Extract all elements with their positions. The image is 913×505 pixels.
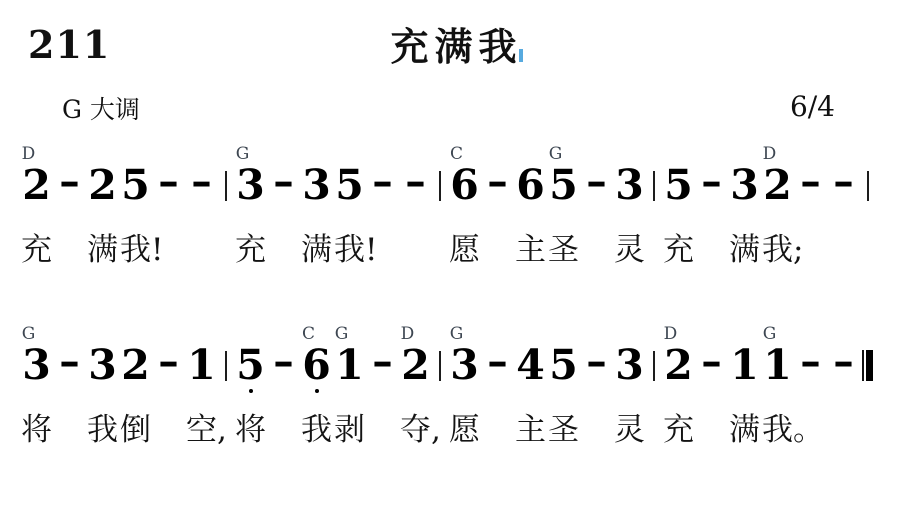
low-octave-dot [249,389,253,393]
dash-glyph: – [372,160,393,202]
lyric-syllable: 我; [762,233,803,267]
note: 6C [300,344,333,386]
duration-dash: – [366,344,399,386]
note: 1G [761,344,794,386]
note: 5 [234,344,267,386]
barline-stroke [439,171,441,201]
note-digit: 5 [236,344,265,386]
lyric-syllable: 我 [301,413,332,447]
duration-dash: – [53,164,86,206]
lyric-syllable: 满 [729,413,760,447]
note-digit: 1 [187,344,216,386]
lyric-row: 将我倒空,将我剥夺,愿主圣灵充满我。 [20,413,900,449]
chord-symbol: G [549,146,563,162]
barline [432,344,448,386]
duration-dash: – [827,164,860,206]
chord-symbol: G [450,326,464,342]
dash-glyph: – [487,340,508,382]
note: 1 [728,344,761,386]
duration-dash: – [794,164,827,206]
duration-dash: – [794,344,827,386]
note-digit: 5 [549,164,578,206]
dash-glyph: – [833,160,854,202]
lyric-syllable: 将 [235,413,266,447]
note: 6 [514,164,547,206]
note-digit: 3 [22,344,51,386]
note: 2D [761,164,794,206]
note: 3 [613,344,646,386]
duration-dash: – [366,164,399,206]
dash-glyph: – [273,340,294,382]
lyric-syllable: 满 [301,233,332,267]
lyric-syllable: 我 [87,413,118,447]
barline [218,164,234,206]
note-digit: 6 [450,164,479,206]
barline-stroke [225,171,227,201]
duration-dash: – [399,164,432,206]
duration-dash: – [152,344,185,386]
dash-glyph: – [833,340,854,382]
note-digit: 3 [236,164,265,206]
barline-stroke [225,351,227,381]
dash-glyph: – [59,160,80,202]
note-digit: 3 [302,164,331,206]
duration-dash: – [580,164,613,206]
chord-symbol: D [664,326,678,342]
barline [432,164,448,206]
note-digit: 2 [401,344,430,386]
duration-dash: – [481,164,514,206]
lyric-syllable: 充 [663,413,694,447]
note: 2 [86,164,119,206]
lyric-syllable: 主 [515,413,546,447]
lyric-syllable: 充 [235,233,266,267]
duration-dash: – [481,344,514,386]
lyric-syllable: 将 [21,413,52,447]
note: 3G [448,344,481,386]
note: 3 [728,164,761,206]
duration-dash: – [267,164,300,206]
duration-dash: – [695,344,728,386]
lyric-syllable: 愿 [449,413,480,447]
dash-glyph: – [158,340,179,382]
note-row: 2D–25––3G–35––6C–65G–35–32D–– [20,164,876,206]
duration-dash: – [152,164,185,206]
dash-glyph: – [191,160,212,202]
note-digit: 3 [615,164,644,206]
note-digit: 2 [121,344,150,386]
chord-symbol: C [302,326,315,342]
note-digit: 3 [730,164,759,206]
duration-dash: – [53,344,86,386]
hymn-number: 211 [28,22,110,67]
note-digit: 5 [549,344,578,386]
dash-glyph: – [59,340,80,382]
note: 2D [662,344,695,386]
lyric-syllable: 我。 [762,413,824,447]
note: 3 [300,164,333,206]
note: 2D [399,344,432,386]
note: 5 [662,164,695,206]
duration-dash: – [580,344,613,386]
lyric-syllable: 满 [729,233,760,267]
lyric-syllable: 我! [120,233,163,267]
dash-glyph: – [158,160,179,202]
note-digit: 3 [88,344,117,386]
duration-dash: – [267,344,300,386]
barline [860,164,876,206]
final-bar-thick [866,350,873,381]
hymn-sheet-page: 211 充满我 G 大调 6/4 2D–25––3G–35––6C–65G–35… [0,0,913,505]
lyric-syllable: 充 [663,233,694,267]
chord-symbol: G [22,326,36,342]
note-digit: 6 [516,164,545,206]
note-digit: 1 [730,344,759,386]
lyric-syllable: 圣 [548,413,579,447]
dash-glyph: – [586,340,607,382]
lyric-syllable: 灵 [614,413,645,447]
lyric-syllable: 夺, [400,413,441,447]
note-digit: 5 [121,164,150,206]
note-digit: 1 [763,344,792,386]
note: 2 [119,344,152,386]
barline-stroke [867,171,869,201]
note-digit: 3 [615,344,644,386]
chord-symbol: D [763,146,777,162]
note-digit: 1 [335,344,364,386]
chord-symbol: G [763,326,777,342]
lyric-syllable: 空, [186,413,227,447]
final-barline [860,344,886,386]
note-digit: 5 [664,164,693,206]
chord-symbol: D [22,146,36,162]
barline-stroke [439,351,441,381]
note-digit: 2 [664,344,693,386]
lyric-syllable: 愿 [449,233,480,267]
note-digit: 3 [450,344,479,386]
lyric-syllable: 圣 [548,233,579,267]
page-title: 充满我 [390,16,522,71]
lyric-syllable: 剥 [334,413,365,447]
note-row: 3G–32–15–6C1G–2D3G–45–32D–11G–– [20,344,886,386]
chord-symbol: G [236,146,250,162]
low-octave-dot [315,389,319,393]
dash-glyph: – [701,340,722,382]
time-signature: 6/4 [790,90,835,123]
barline-stroke [653,351,655,381]
dash-glyph: – [487,160,508,202]
note-digit: 4 [516,344,545,386]
note-digit: 5 [335,164,364,206]
text-cursor-artifact [519,49,523,62]
note-digit: 2 [22,164,51,206]
barline [646,164,662,206]
note-digit: 2 [763,164,792,206]
duration-dash: – [695,164,728,206]
note: 3 [613,164,646,206]
note: 5 [119,164,152,206]
barline [646,344,662,386]
duration-dash: – [827,344,860,386]
lyric-syllable: 满 [87,233,118,267]
barline-stroke [653,171,655,201]
dash-glyph: – [405,160,426,202]
final-bar-thin [862,350,864,381]
dash-glyph: – [273,160,294,202]
key-signature: G 大调 [62,90,140,126]
lyric-row: 充满我!充满我!愿主圣灵充满我; [20,233,900,269]
duration-dash: – [185,164,218,206]
lyric-syllable: 主 [515,233,546,267]
dash-glyph: – [586,160,607,202]
lyric-syllable: 我! [334,233,377,267]
note: 2D [20,164,53,206]
note: 3G [20,344,53,386]
chord-symbol: D [401,326,415,342]
note: 3G [234,164,267,206]
note: 5 [547,344,580,386]
note: 5G [547,164,580,206]
note: 4 [514,344,547,386]
dash-glyph: – [372,340,393,382]
note: 1G [333,344,366,386]
note-digit: 2 [88,164,117,206]
note: 6C [448,164,481,206]
note: 1 [185,344,218,386]
note: 3 [86,344,119,386]
barline [218,344,234,386]
note: 5 [333,164,366,206]
chord-symbol: C [450,146,463,162]
chord-symbol: G [335,326,349,342]
lyric-syllable: 灵 [614,233,645,267]
dash-glyph: – [800,160,821,202]
lyric-syllable: 倒 [120,413,151,447]
note-digit: 6 [302,344,331,386]
lyric-syllable: 充 [21,233,52,267]
dash-glyph: – [800,340,821,382]
dash-glyph: – [701,160,722,202]
